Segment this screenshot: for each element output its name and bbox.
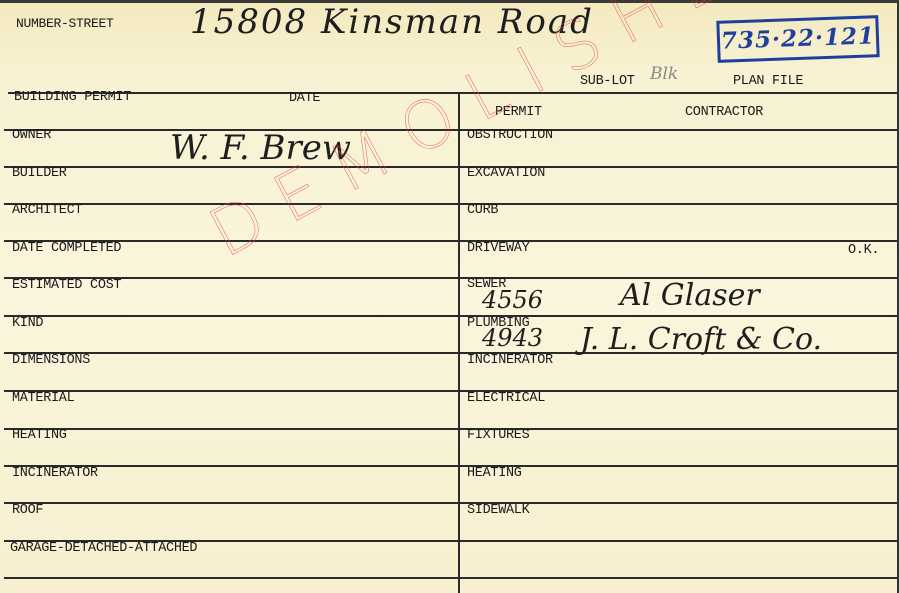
building-permit-label: BUILDING PERMIT [14, 90, 131, 105]
left-row-label: DATE COMPLETED [12, 241, 121, 256]
permit-row-label: INCINERATOR [467, 353, 553, 368]
left-row-label: ESTIMATED COST [12, 278, 121, 293]
permit-note: O.K. [848, 243, 879, 258]
row-rule [4, 390, 899, 392]
row-rule [4, 277, 899, 279]
parcel-number-stamp: 735·22·121 [716, 15, 879, 63]
permit-row-label: DRIVEWAY [467, 241, 529, 256]
row-rule [4, 428, 899, 430]
building-record-card: NUMBER-STREET 15808 Kinsman Road 735·22·… [0, 0, 899, 593]
sub-lot-value: Blk [650, 64, 678, 84]
column-divider [458, 92, 460, 593]
row-rule [4, 502, 899, 504]
left-row-label: ARCHITECT [12, 203, 82, 218]
permit-number: 4556 [482, 286, 543, 314]
left-row-label: GARAGE-DETACHED-ATTACHED [10, 541, 197, 556]
row-rule [4, 240, 899, 242]
left-row-label: INCINERATOR [12, 466, 98, 481]
permit-row-label: CURB [467, 203, 498, 218]
permit-number: 4943 [482, 324, 543, 352]
plan-file-label: PLAN FILE [733, 74, 803, 89]
date-label: DATE [289, 91, 320, 106]
contractor-name: Al Glaser [620, 278, 760, 313]
left-row-label: HEATING [12, 428, 67, 443]
contractor-name: J. L. Croft & Co. [580, 322, 822, 357]
contractor-header: CONTRACTOR [685, 105, 763, 120]
number-street-label: NUMBER-STREET [16, 16, 114, 31]
permit-row-label: SIDEWALK [467, 503, 529, 518]
left-row-label: DIMENSIONS [12, 353, 90, 368]
row-rule [4, 315, 899, 317]
row-rule [4, 465, 899, 467]
left-row-label: MATERIAL [12, 391, 74, 406]
permit-row-label: EXCAVATION [467, 166, 545, 181]
left-row-label: OWNER [12, 128, 51, 143]
left-row-label: ROOF [12, 503, 43, 518]
row-rule [4, 166, 899, 168]
left-row-label: KIND [12, 316, 43, 331]
row-rule [4, 203, 899, 205]
permit-row-label: ELECTRICAL [467, 391, 545, 406]
permit-row-label: HEATING [467, 466, 522, 481]
permit-row-label: FIXTURES [467, 428, 529, 443]
left-row-label: BUILDER [12, 166, 67, 181]
row-rule [4, 577, 899, 579]
